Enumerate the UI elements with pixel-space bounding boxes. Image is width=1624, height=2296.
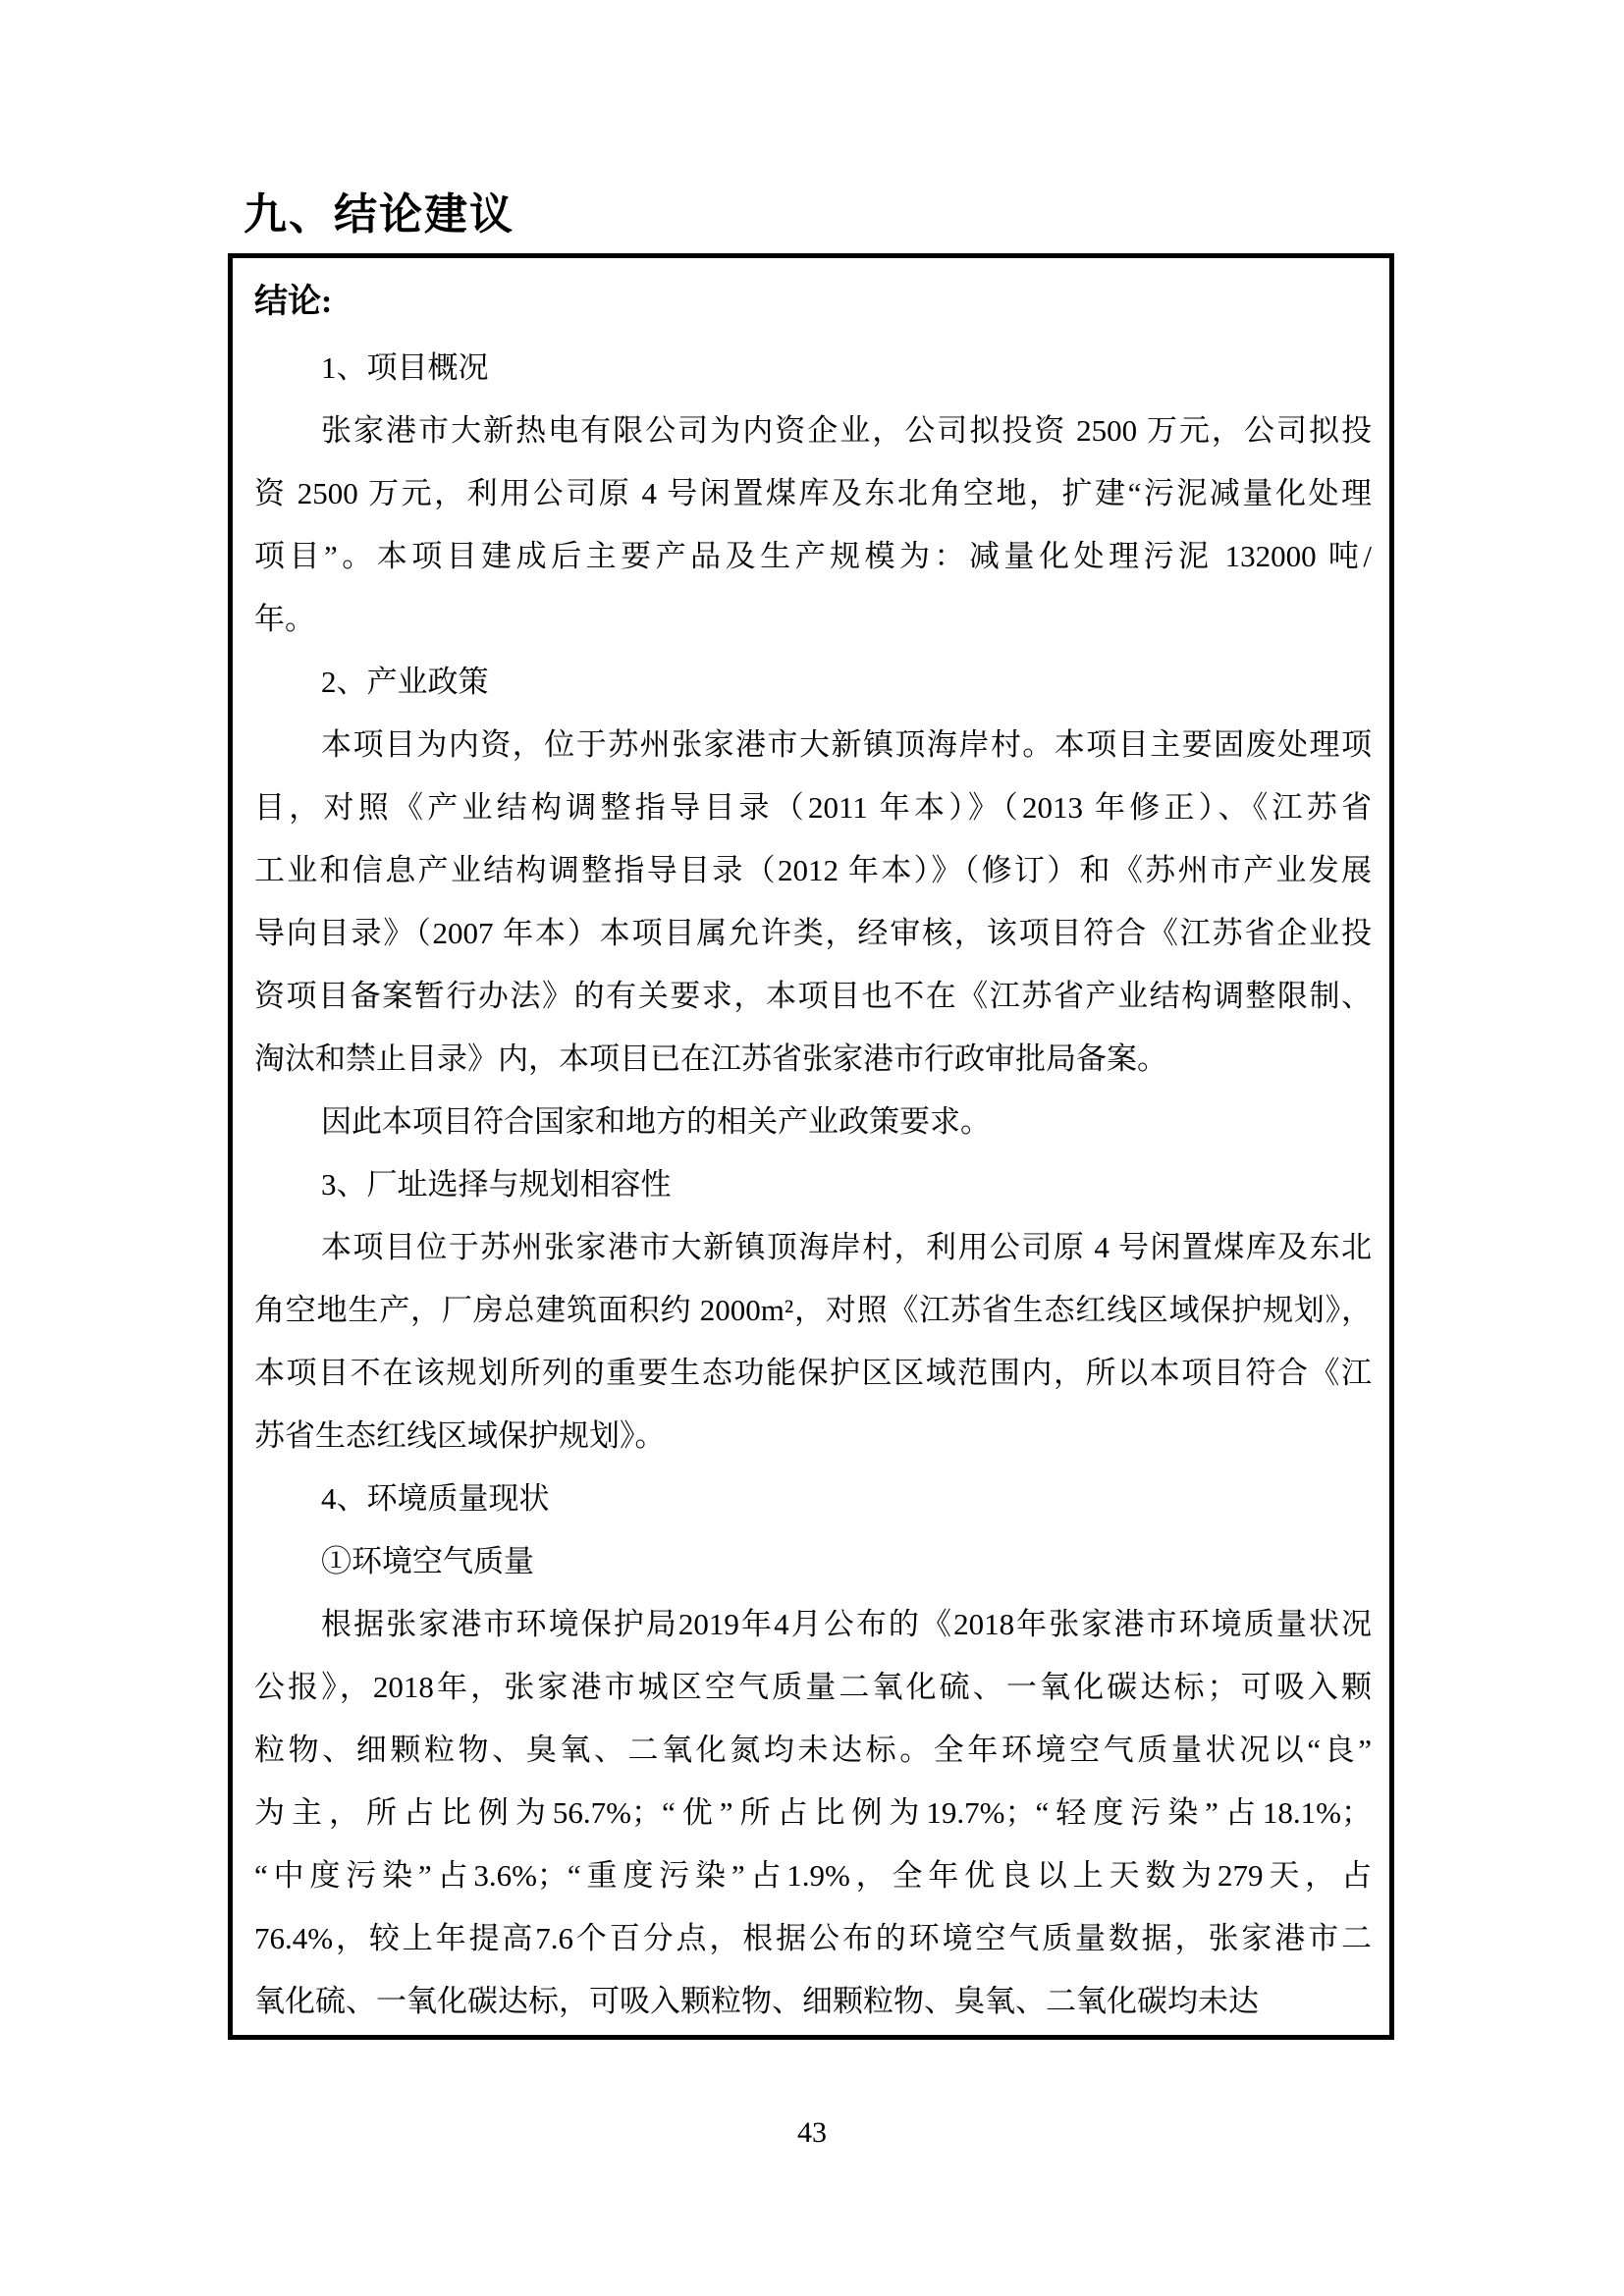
conclusion-label: 结论: xyxy=(254,274,1372,337)
text-line: 淘汰和禁止目录》内，本项目已在江苏省张家港市行政审批局备案。 xyxy=(254,1028,1372,1091)
text-line: 76.4%，较上年提高7.6个百分点，根据公布的环境空气质量数据，张家港市二 xyxy=(254,1907,1372,1970)
page-title: 九、结论建议 xyxy=(244,179,514,241)
text-line: 粒物、细颗粒物、臭氧、二氧化氮均未达标。全年环境空气质量状况以“良” xyxy=(254,1719,1372,1782)
text-line: 根据张家港市环境保护局2019年4月公布的《2018年张家港市环境质量状况 xyxy=(254,1593,1372,1656)
conclusion-lines: 1、项目概况张家港市大新热电有限公司为内资企业，公司拟投资 2500 万元，公司… xyxy=(254,337,1372,2033)
text-line: 角空地生产，厂房总建筑面积约 2000m²，对照《江苏省生态红线区域保护规划》， xyxy=(254,1279,1372,1342)
text-line: 3、厂址选择与规划相容性 xyxy=(254,1153,1372,1216)
text-line: 本项目位于苏州张家港市大新镇顶海岸村，利用公司原 4 号闲置煤库及东北 xyxy=(254,1216,1372,1279)
text-line: 苏省生态红线区域保护规划》。 xyxy=(254,1405,1372,1468)
text-line: 年。 xyxy=(254,588,1372,651)
text-line: 2、产业政策 xyxy=(254,651,1372,714)
text-line: 本项目为内资，位于苏州张家港市大新镇顶海岸村。本项目主要固废处理项 xyxy=(254,714,1372,776)
text-line: 张家港市大新热电有限公司为内资企业，公司拟投资 2500 万元，公司拟投 xyxy=(254,400,1372,462)
text-line: 目，对照《产业结构调整指导目录（2011 年本）》（2013 年修正）、《江苏省 xyxy=(254,776,1372,839)
page-number: 43 xyxy=(0,2116,1624,2150)
text-line: 资 2500 万元，利用公司原 4 号闲置煤库及东北角空地，扩建“污泥减量化处理 xyxy=(254,462,1372,525)
text-line: 资项目备案暂行办法》的有关要求，本项目也不在《江苏省产业结构调整限制、 xyxy=(254,965,1372,1028)
text-line: 公报》，2018年，张家港市城区空气质量二氧化硫、一氧化碳达标；可吸入颗 xyxy=(254,1656,1372,1719)
text-line: “中度污染”占3.6%；“重度污染”占1.9%，全年优良以上天数为279天，占 xyxy=(254,1844,1372,1907)
text-line: 工业和信息产业结构调整指导目录（2012 年本）》（修订）和《苏州市产业发展 xyxy=(254,839,1372,902)
text-line: 因此本项目符合国家和地方的相关产业政策要求。 xyxy=(254,1091,1372,1153)
conclusion-box: 结论: 1、项目概况张家港市大新热电有限公司为内资企业，公司拟投资 2500 万… xyxy=(228,253,1394,2040)
text-line: 氧化硫、一氧化碳达标，可吸入颗粒物、细颗粒物、臭氧、二氧化碳均未达 xyxy=(254,1970,1372,2033)
text-line: 1、项目概况 xyxy=(254,337,1372,400)
text-line: 为主，所占比例为56.7%；“优”所占比例为19.7%；“轻度污染”占18.1%… xyxy=(254,1782,1372,1844)
text-line: 4、环境质量现状 xyxy=(254,1468,1372,1530)
text-line: 项目”。本项目建成后主要产品及生产规模为：减量化处理污泥 132000 吨/ xyxy=(254,525,1372,588)
text-line: 本项目不在该规划所列的重要生态功能保护区区域范围内，所以本项目符合《江 xyxy=(254,1342,1372,1405)
text-line: 导向目录》（2007 年本）本项目属允许类，经审核，该项目符合《江苏省企业投 xyxy=(254,902,1372,965)
text-line: ①环境空气质量 xyxy=(254,1530,1372,1593)
